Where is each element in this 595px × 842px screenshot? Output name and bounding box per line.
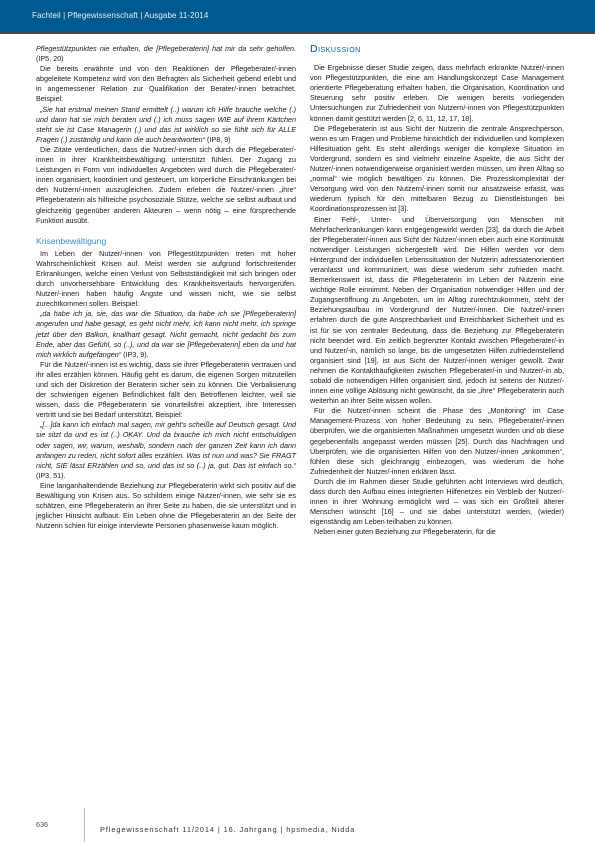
right-column: Diskussion Die Ergebnisse dieser Studie … — [310, 44, 564, 538]
quote-paragraph: „da habe ich ja, sie, das war die Situat… — [36, 309, 296, 359]
section-heading-diskussion: Diskussion — [310, 44, 564, 54]
body-paragraph: Für die Nutzer/-innen scheint die Phase … — [310, 406, 564, 477]
quote-paragraph: „[...]da kann ich einfach mal sagen, mir… — [36, 420, 296, 481]
body-paragraph: Einer Fehl-, Unter- und Überversorgung v… — [310, 215, 564, 407]
body-paragraph: Die Zitate verdeutlichen, dass die Nutze… — [36, 145, 296, 226]
citation: (IP3, 51). — [36, 471, 66, 480]
body-paragraph: Im Leben der Nutzer/-innen von Pflegestü… — [36, 249, 296, 310]
body-paragraph: Für die Nutzer/-innen ist es wichtig, da… — [36, 360, 296, 421]
quote-text: „da habe ich ja, sie, das war die Situat… — [36, 309, 296, 358]
page-header: Fachteil | Pflegewissenschaft | Ausgabe … — [0, 0, 595, 34]
quote-text: „Sie hat erstmal meinen Stand ermittelt … — [36, 105, 296, 144]
body-paragraph: Die Ergebnisse dieser Studie zeigen, das… — [310, 63, 564, 124]
body-paragraph: Eine langanhaltendende Beziehung zur Pfl… — [36, 481, 296, 531]
footer-divider — [84, 808, 85, 842]
left-column: Pflegestützpunktes nie erhalten, die [Pf… — [36, 44, 296, 531]
body-paragraph: Die bereits erwähnte und von den Reaktio… — [36, 64, 296, 104]
quote-paragraph: „Sie hat erstmal meinen Stand ermittelt … — [36, 105, 296, 145]
body-paragraph: Neben einer guten Beziehung zur Pflegebe… — [310, 527, 564, 537]
citation: (IP3, 9). — [121, 350, 149, 359]
subheading-krisenbewaeltigung: Krisenbewältigung — [36, 236, 296, 246]
body-paragraph: Die Pflegeberaterin ist aus Sicht der Nu… — [310, 124, 564, 215]
header-title: Fachteil | Pflegewissenschaft | Ausgabe … — [32, 11, 208, 20]
quote-text: „[...]da kann ich einfach mal sagen, mir… — [36, 420, 296, 469]
quote-text: Pflegestützpunktes nie erhalten, die [Pf… — [36, 44, 296, 53]
body-paragraph: Durch die im Rahmen dieser Studie geführ… — [310, 477, 564, 527]
page-number: 636 — [36, 820, 48, 829]
citation: (IP5, 20) — [36, 54, 64, 63]
footer-journal-info: Pflegewissenschaft 11/2014 | 16. Jahrgan… — [100, 825, 355, 834]
citation: (IP8, 9) — [205, 135, 231, 144]
quote-paragraph: Pflegestützpunktes nie erhalten, die [Pf… — [36, 44, 296, 64]
